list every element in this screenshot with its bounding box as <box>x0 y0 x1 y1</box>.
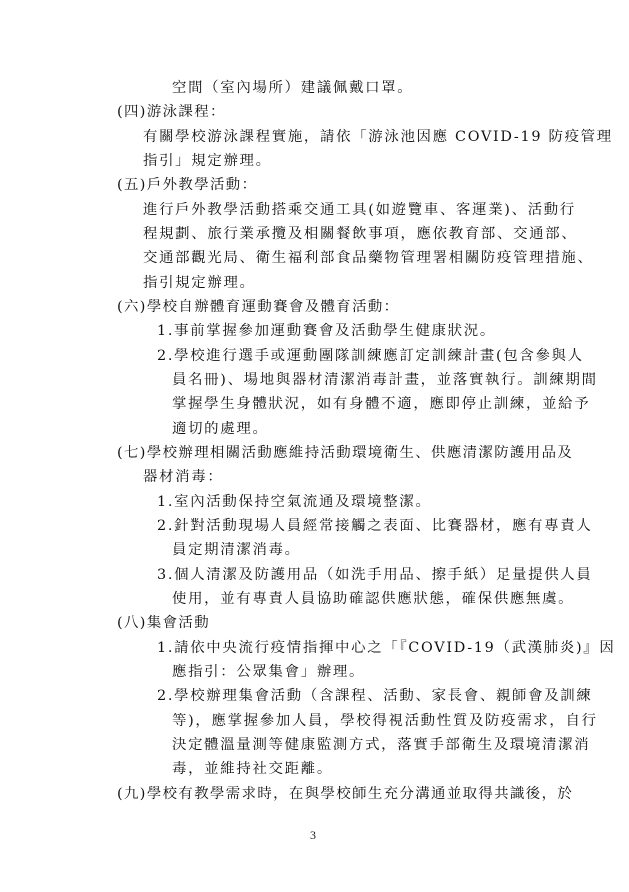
paragraph-line: 指引」規定辦理。 <box>143 152 272 170</box>
paragraph-line: 器材消毒： <box>143 468 223 486</box>
numbered-item: 1.請依中央流行疫情指揮中心之「『COVID-19（武漢肺炎)』因 <box>157 639 615 657</box>
section-heading: (四)游泳課程： <box>117 103 226 121</box>
paragraph-line: 等)，應掌握參加人員，學校得視活動性質及防疫需求，自行 <box>172 712 598 730</box>
numbered-item: 1.事前掌握參加運動賽會及活動學生健康狀況。 <box>157 322 496 340</box>
numbered-item: 1.室內活動保持空氣流通及環境整潔。 <box>157 493 432 511</box>
section-heading: (七)學校辦理相關活動應維持活動環境衛生、供應清潔防護用品及 <box>117 444 573 462</box>
numbered-item: 3.個人清潔及防護用品（如洗手用品、擦手紙）足量提供人員 <box>157 566 593 584</box>
section-heading: (六)學校自辦體育運動賽會及體育活動： <box>117 298 399 316</box>
numbered-item: 2.針對活動現場人員經常接觸之表面、比賽器材，應有專責人 <box>157 517 593 535</box>
paragraph-line: 決定體溫量測等健康監測方式，落實手部衛生及環境清潔消 <box>172 736 590 754</box>
numbered-item: 2.學校進行選手或運動團隊訓練應訂定訓練計畫(包含參與人 <box>157 347 584 365</box>
paragraph-line: 員定期清潔消毒。 <box>172 541 301 559</box>
paragraph-line: 空間（室內場所）建議佩戴口罩。 <box>172 79 413 97</box>
section-heading: (八)集會活動 <box>117 614 210 632</box>
numbered-item: 2.學校辦理集會活動（含課程、活動、家長會、親師會及訓練 <box>157 687 593 705</box>
document-page: 空間（室內場所）建議佩戴口罩。(四)游泳課程：有關學校游泳課程實施，請依「游泳池… <box>0 0 629 892</box>
section-heading: (五)戶外教學活動： <box>117 176 257 194</box>
paragraph-line: 適切的處理。 <box>172 420 269 438</box>
paragraph-line: 掌握學生身體狀況，如有身體不適，應即停止訓練，並給予 <box>172 395 590 413</box>
paragraph-line: 應指引：公眾集會」辦理。 <box>172 663 365 681</box>
paragraph-line: 毒，並維持社交距離。 <box>172 760 333 778</box>
section-heading: (九)學校有教學需求時，在與學校師生充分溝通並取得共識後，於 <box>117 785 573 803</box>
paragraph-line: 交通部觀光局、衛生福利部食品藥物管理署相關防疫管理措施、 <box>143 249 594 267</box>
paragraph-line: 進行戶外教學活動搭乘交通工具(如遊覽車、客運業)、活動行 <box>143 201 576 219</box>
paragraph-line: 有關學校游泳課程實施，請依「游泳池因應 COVID-19 防疫管理 <box>143 128 613 146</box>
page-number: 3 <box>310 828 316 843</box>
paragraph-line: 員名冊)、場地與器材清潔消毒計畫，並落實執行。訓練期間 <box>172 371 598 389</box>
paragraph-line: 程規劃、旅行業承攬及相關餐飲事項，應依教育部、交通部、 <box>143 225 577 243</box>
paragraph-line: 使用，並有專責人員協助確認供應狀態，確保供應無虞。 <box>172 590 574 608</box>
paragraph-line: 指引規定辦理。 <box>143 274 256 292</box>
